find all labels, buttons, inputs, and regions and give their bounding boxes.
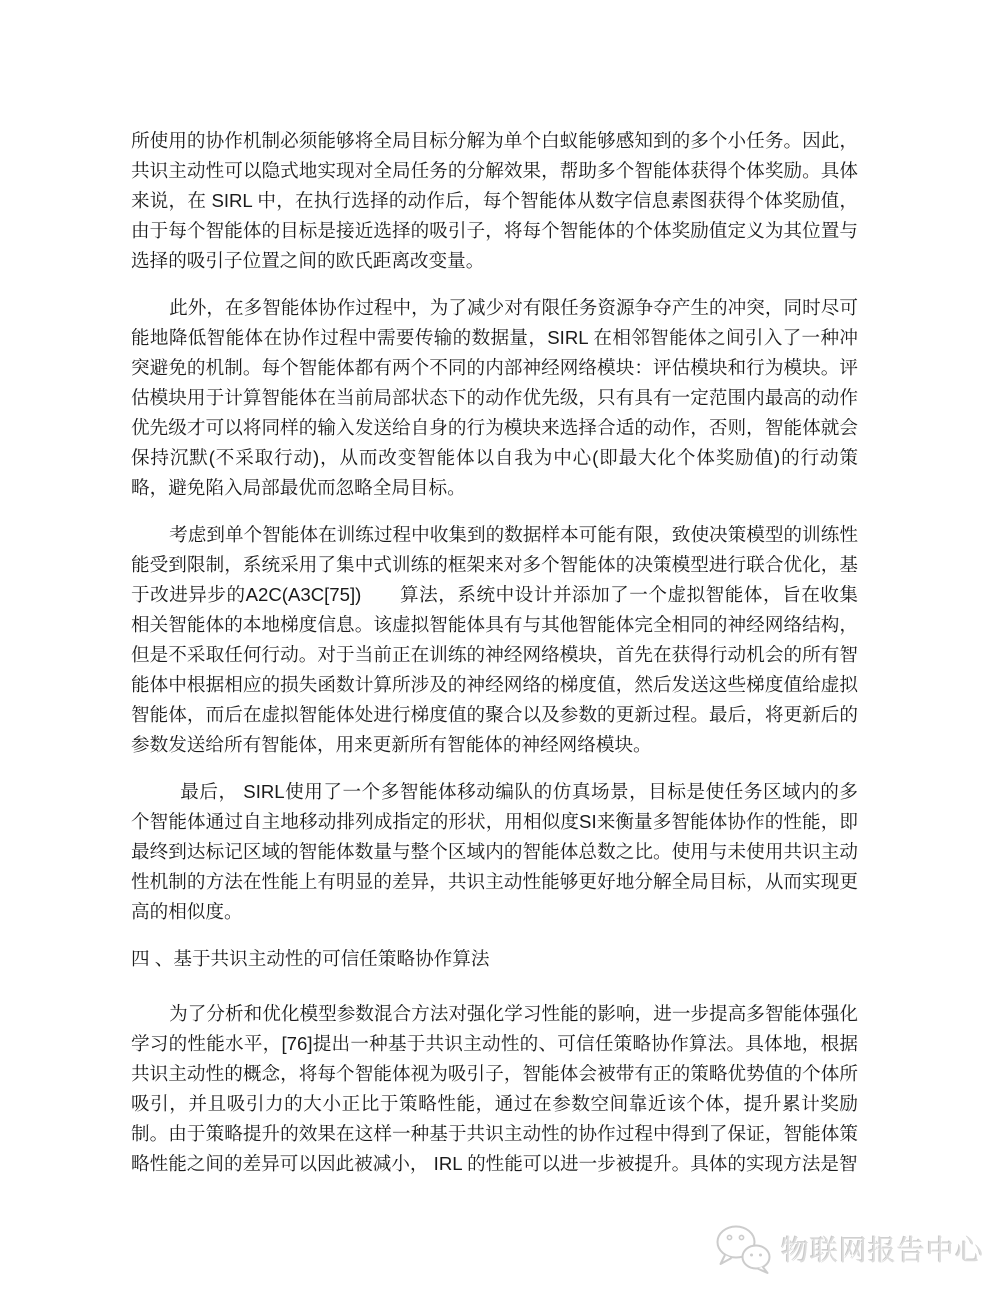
wechat-icon — [714, 1223, 772, 1275]
document-page: 所使用的协作机制必须能够将全局目标分解为单个白蚁能够感知到的多个小任务。因此，共… — [131, 126, 858, 1179]
watermark-label: 物联网报告中心 — [781, 1229, 984, 1269]
paragraph-5: 为了分析和优化模型参数混合方法对强化学习性能的影响，进一步提高多智能体强化学习的… — [131, 999, 858, 1179]
paragraph-1: 所使用的协作机制必须能够将全局目标分解为单个白蚁能够感知到的多个小任务。因此，共… — [131, 126, 858, 276]
section-heading: 四 、基于共识主动性的可信任策略协作算法 — [131, 944, 858, 974]
watermark: 物联网报告中心 — [714, 1221, 984, 1277]
paragraph-3: 考虑到单个智能体在训练过程中收集到的数据样本可能有限，致使决策模型的训练性能受到… — [131, 520, 858, 760]
paragraph-2: 此外，在多智能体协作过程中，为了减少对有限任务资源争夺产生的冲突，同时尽可能地降… — [131, 293, 858, 503]
paragraph-4: 最后， SIRL使用了一个多智能体移动编队的仿真场景，目标是使任务区域内的多个智… — [131, 777, 858, 927]
